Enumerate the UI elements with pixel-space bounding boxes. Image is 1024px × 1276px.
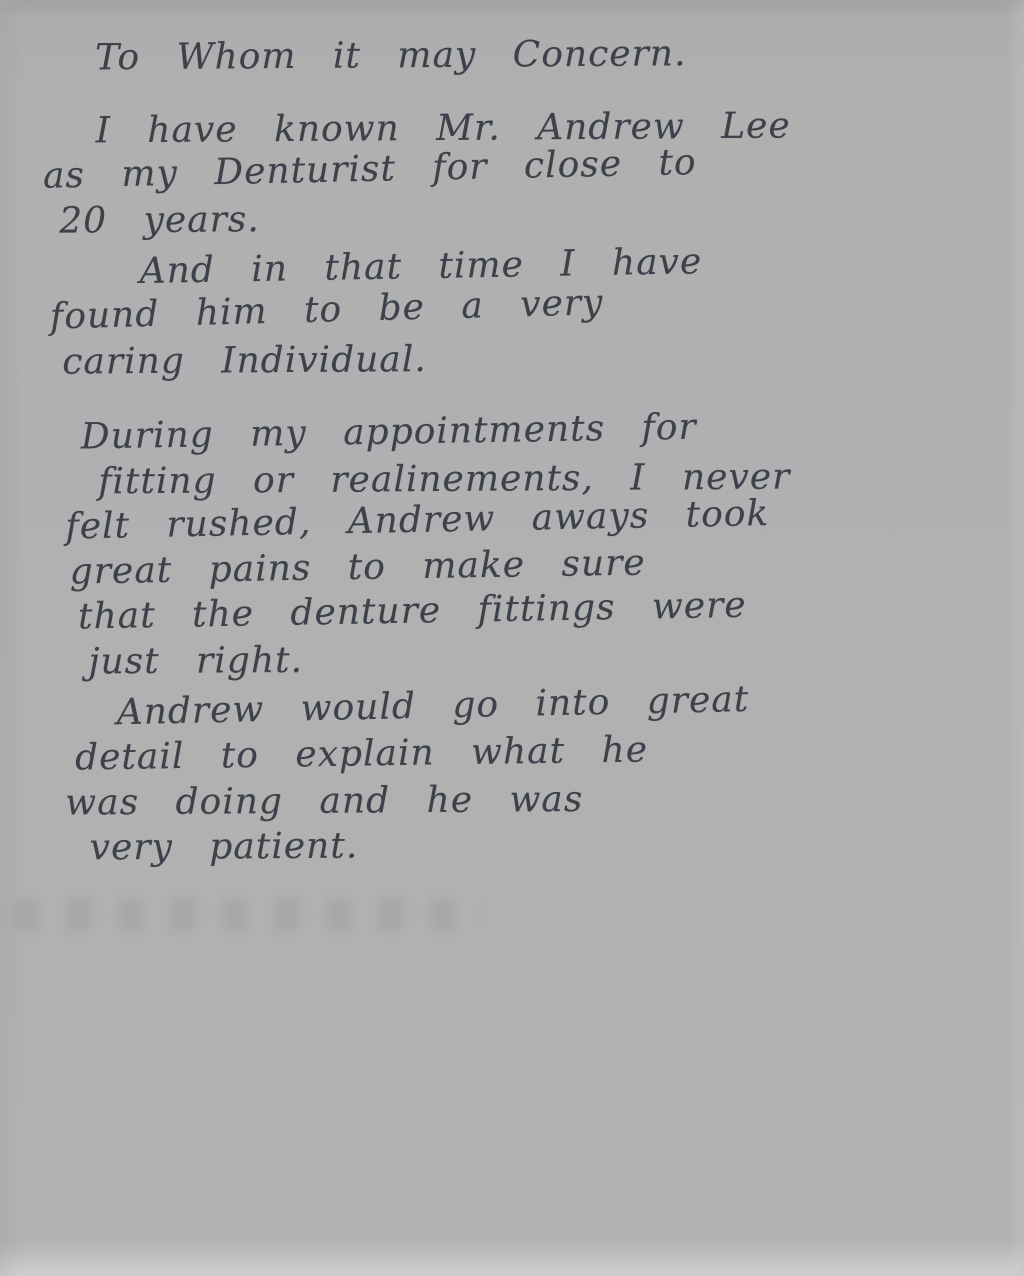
paragraph: Andrew would go into greatdetail to expl… — [5, 684, 1024, 871]
handwritten-line: caring Individual. — [62, 333, 1024, 385]
paragraph: I have known Mr. Andrew Leeas my Denturi… — [1, 102, 1024, 244]
paragraph: During my appointments forfitting or rea… — [3, 408, 1024, 685]
handwritten-line: very patient. — [90, 819, 1024, 871]
bleed-through-smudge — [14, 898, 484, 932]
handwritten-line: To Whom it may Concern. — [95, 29, 1024, 80]
paragraph: To Whom it may Concern. — [0, 29, 1024, 81]
paragraph: And in that time I havefound him to be a… — [1, 243, 1024, 385]
handwritten-line: During my appointments for — [80, 400, 1024, 460]
handwritten-line: was doing and he was — [65, 774, 1024, 826]
letter-body: To Whom it may Concern.I have known Mr. … — [0, 29, 1024, 871]
letter-page: To Whom it may Concern.I have known Mr. … — [0, 0, 1024, 1276]
